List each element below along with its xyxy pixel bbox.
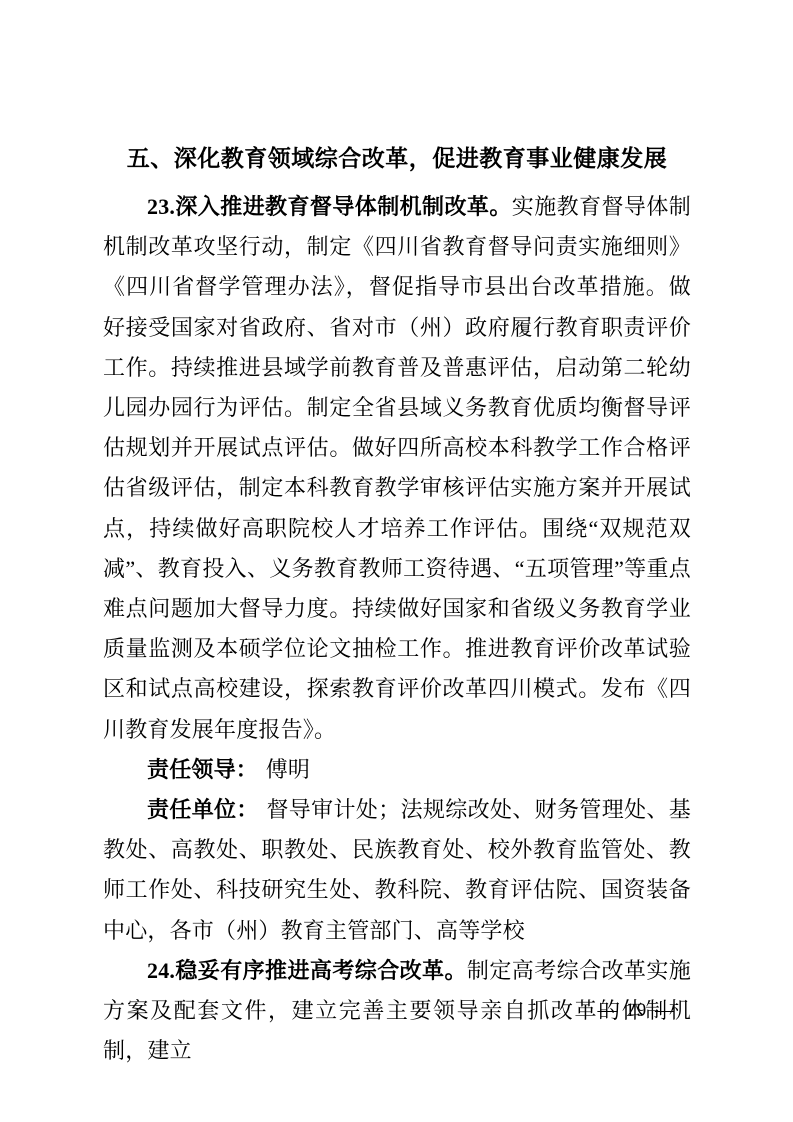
responsible-leader-label: 责任领导：: [147, 757, 258, 782]
document-page: 五、深化教育领域综合改革，促进教育事业健康发展 23.深入推进教育督导体制机制改…: [0, 0, 793, 1122]
responsible-leader-value: 傅明: [266, 757, 310, 782]
item-24-title: 24.稳妥有序推进高考综合改革。: [147, 958, 467, 983]
item-23-body: 实施教育督导体制机制改革攻坚行动，制定《四川省教育督导问责实施细则》《四川省督学…: [103, 194, 691, 742]
responsible-leader-line: 责任领导：傅明: [103, 750, 691, 790]
item-23-title: 23.深入推进教育督导体制机制改革。: [147, 194, 512, 219]
responsible-unit-label: 责任单位：: [147, 797, 259, 822]
section-heading: 五、深化教育领域综合改革，促进教育事业健康发展: [103, 141, 691, 175]
page-number: — 19 —: [598, 1000, 677, 1022]
document-content: 五、深化教育领域综合改革，促进教育事业健康发展 23.深入推进教育督导体制机制改…: [103, 141, 691, 1071]
responsible-unit-line: 责任单位：督导审计处；法规综改处、财务管理处、基教处、高教处、职教处、民族教育处…: [103, 790, 691, 951]
paragraph-item-23: 23.深入推进教育督导体制机制改革。实施教育督导体制机制改革攻坚行动，制定《四川…: [103, 187, 691, 750]
